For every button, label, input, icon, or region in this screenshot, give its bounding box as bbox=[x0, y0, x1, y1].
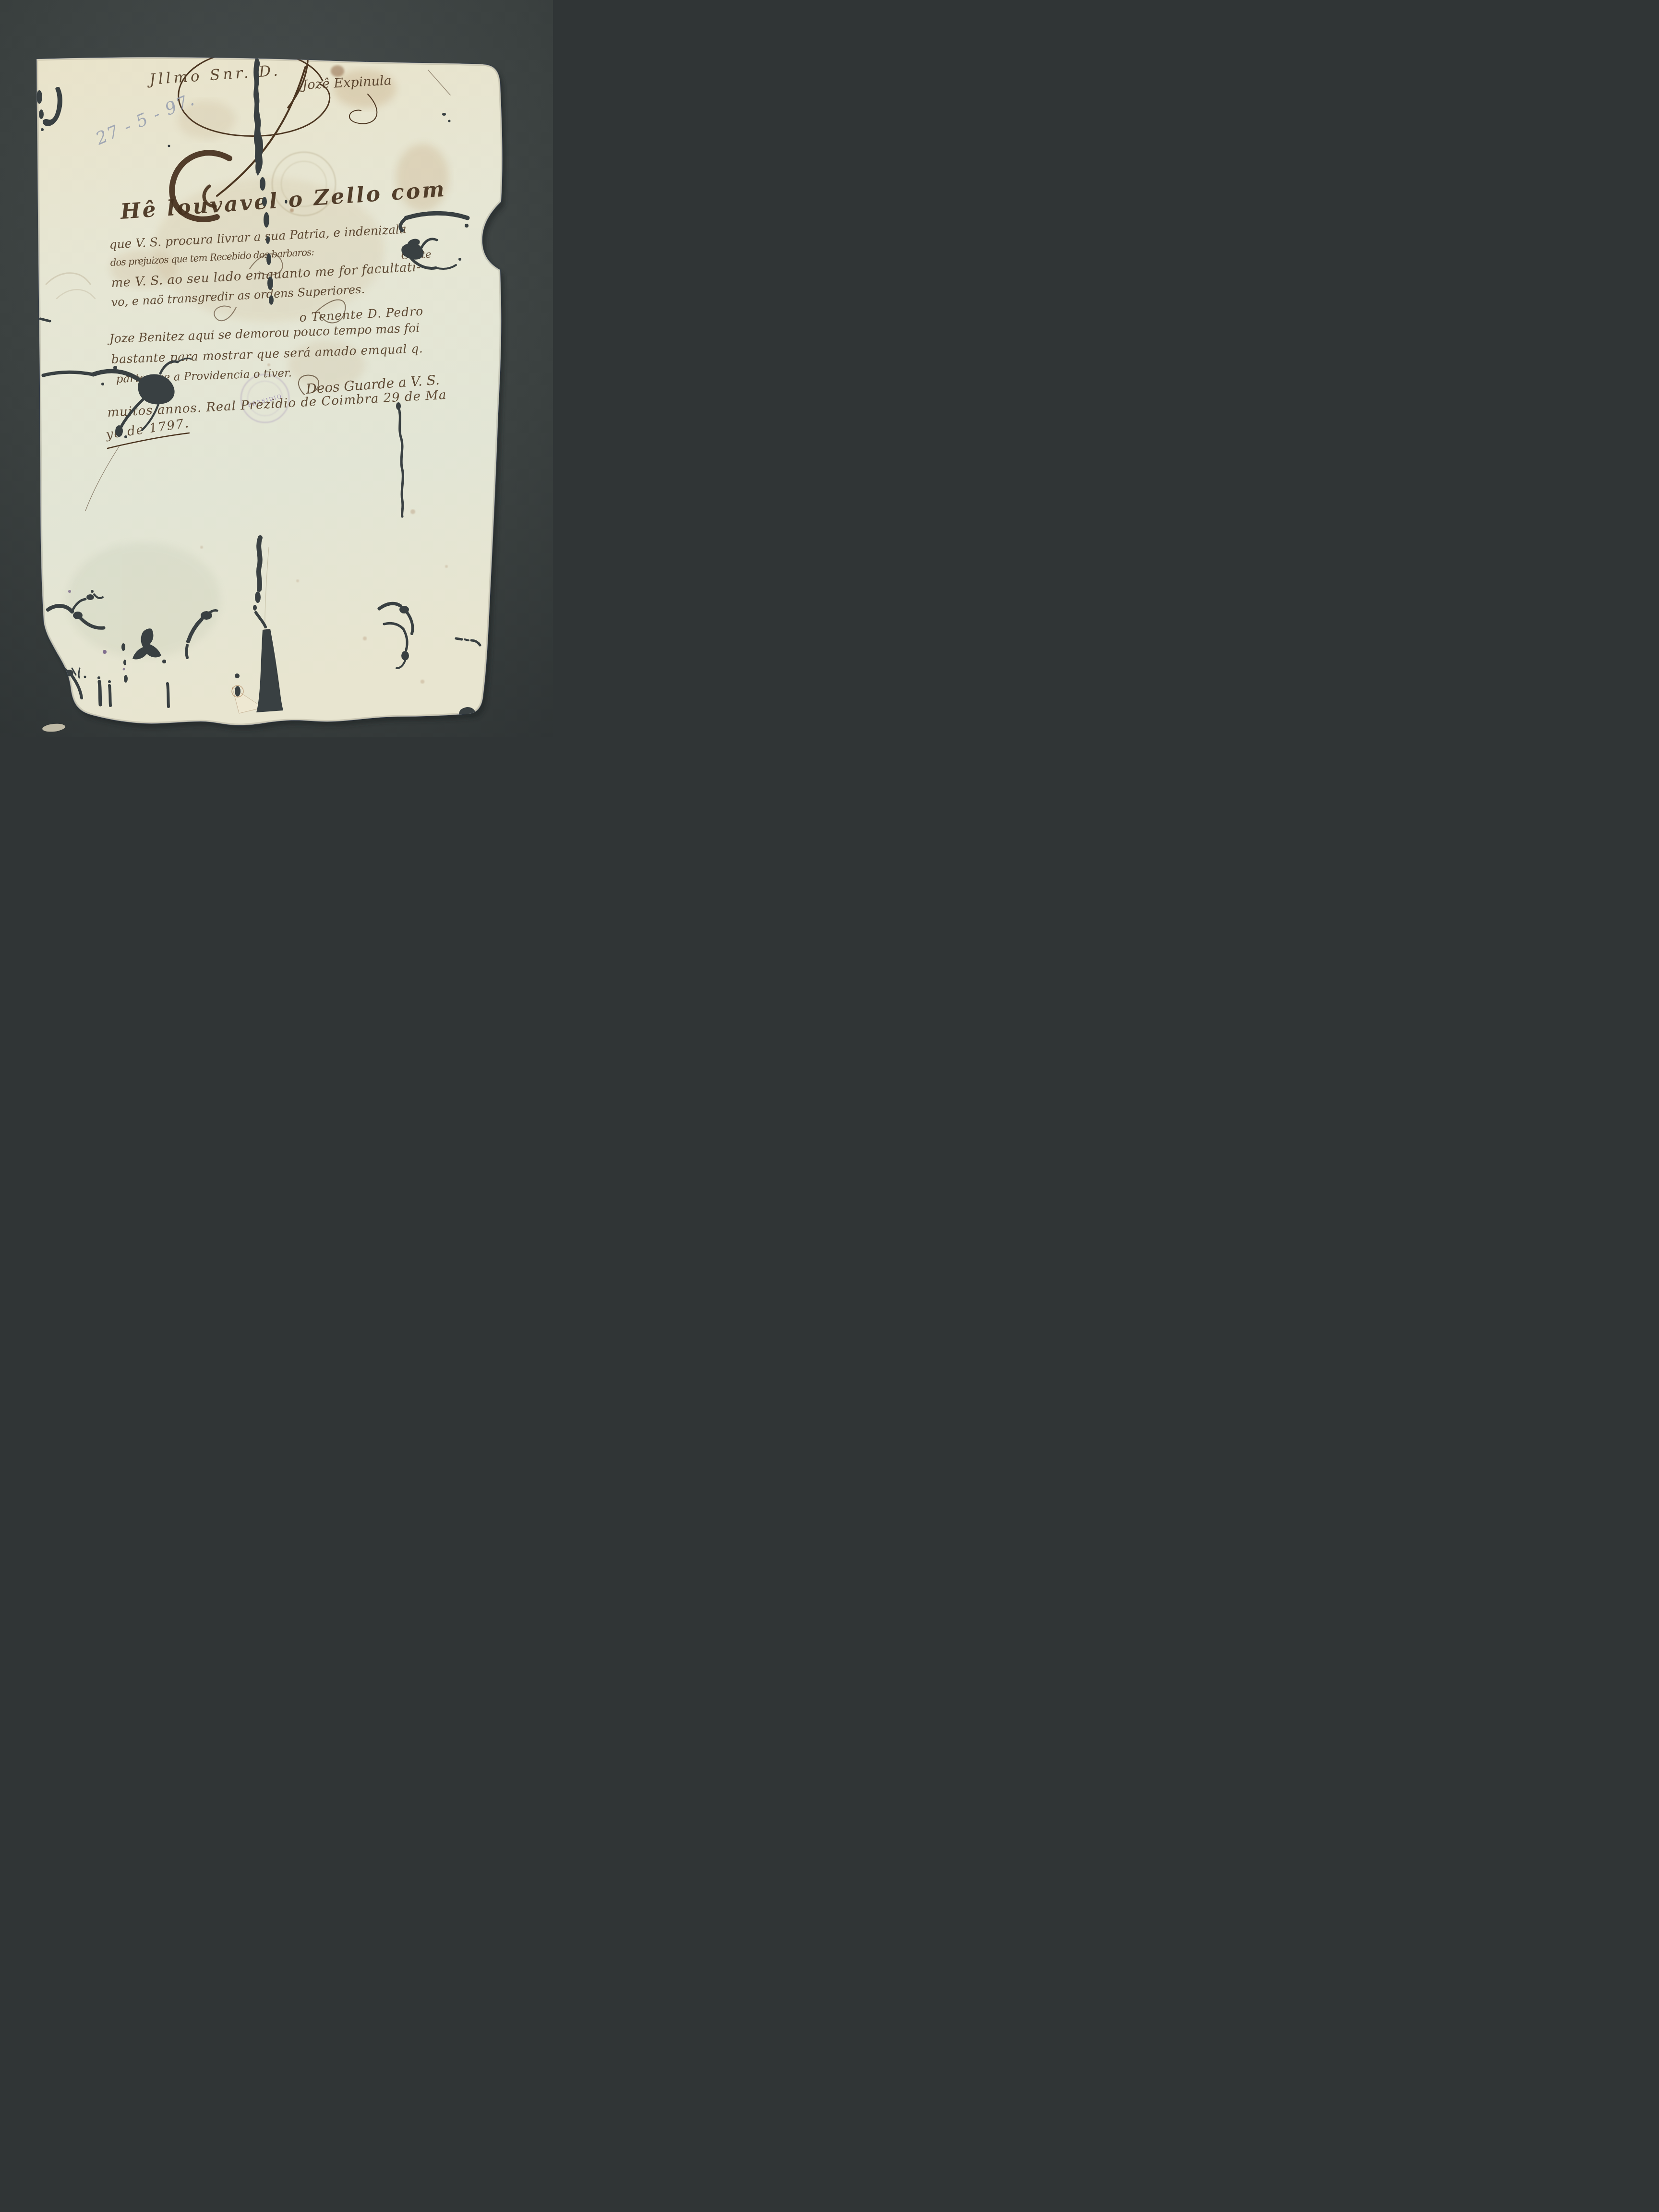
manuscript-letter: PRESIDIO Jllmo Snr bbox=[0, 0, 553, 737]
manuscript-photo: PRESIDIO Jllmo Snr bbox=[0, 0, 553, 737]
